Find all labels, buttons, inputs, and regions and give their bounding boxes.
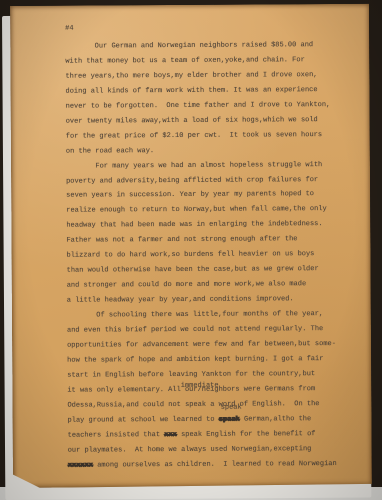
photo-background: #4 Our German and Norwegian neighbors ra… [0,0,382,500]
typed-line: Odessa,Russia,and could not speak a word… [67,397,361,414]
typed-line: for the great price of $2.10 per cwt. It… [66,128,360,145]
typed-segment: speak English for the benefit of [177,430,316,439]
correction-anchor: spaakspeak [219,412,240,427]
typed-line: opportunities for advancement were few a… [67,337,361,354]
typed-segment: German,altho the [240,415,311,423]
typed-line: three years,tho mere boys,my elder broth… [65,68,359,85]
typed-insertion-above: immediate [181,382,219,390]
typed-lines: Our German and Norwegian neighbors raise… [65,38,362,473]
typed-line: headway that had been made was in enlarg… [66,217,360,234]
page-number: #4 [65,20,359,37]
typed-segment: among ourselves as children. I learned t… [93,460,337,469]
typed-segment: neighbors were Germans from [202,385,315,394]
typed-line: over twenty miles away,with a load of si… [66,113,360,130]
typed-line: xxxxxx among ourselves as children. I le… [68,457,362,474]
typed-line: never to be forgotten. One time father a… [66,98,360,115]
typed-line: than would otherwise have been the case,… [67,262,361,279]
obliterated-word: spaak [219,415,240,423]
correction-anchor: xxxxxx [68,458,93,473]
obliterated-word: xxx [164,431,177,439]
document-page: #4 Our German and Norwegian neighbors ra… [10,4,372,488]
typed-segment: play ground at school we learned to [68,416,219,425]
typed-line: For many years we had an almost hopeless… [66,157,360,174]
typed-insertion-above: speak [221,404,242,412]
typed-segment: teachers insisted that [68,431,165,440]
obliterated-word: xxxxxx [68,461,93,469]
correction-anchor: xxx [164,428,177,443]
typed-line: doing all kinds of farm work with them. … [65,83,359,100]
typed-text: #4 Our German and Norwegian neighbors ra… [65,20,362,473]
typed-line: poverty and adversity,being afflicted wi… [66,172,360,189]
typed-line: how the spark of hope and ambition kept … [67,352,361,369]
